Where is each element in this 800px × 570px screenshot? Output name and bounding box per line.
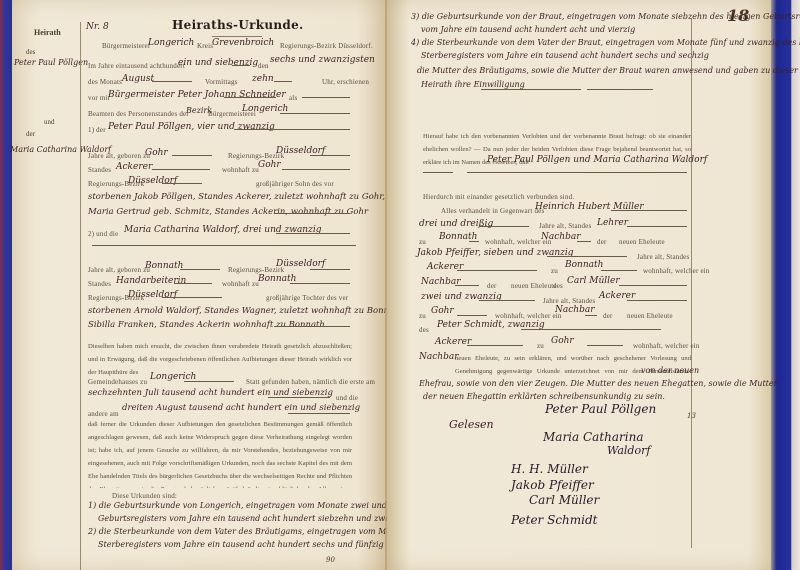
witness-4-stand: Ackerer <box>435 337 471 347</box>
und-die-label: und die <box>336 394 358 402</box>
margin-groom-name: Peter Paul Pöllgen <box>14 58 88 67</box>
intro-hour-hand: zehn <box>252 74 274 84</box>
document-2-line2: Sterberegisters vom Jahre ein tausend ac… <box>98 540 384 549</box>
bride-intro-label: 2) und die <box>88 230 118 238</box>
page-footnote-number: 90 <box>326 556 335 564</box>
witness-1-zu-label: zu <box>419 238 426 246</box>
bride-tochter-label: großjährige Tochter des ver <box>266 294 348 302</box>
groom-regbez2-value: Düsseldorf <box>128 176 177 186</box>
bride-wohnhaft-label: wohnhaft zu <box>222 280 259 288</box>
fill-line <box>627 300 687 301</box>
document-3-line2: vom Jahre ein tausend acht hundert acht … <box>421 25 635 34</box>
fill-line <box>162 183 202 184</box>
margin-divider <box>80 22 81 570</box>
bride-birthplace: Bonnath <box>145 261 183 271</box>
intro-line1-print: Im Jahre eintausend achthundert <box>88 62 185 70</box>
witness-1-eheleute-label: neuen Eheleute <box>619 238 665 246</box>
signature-witness-1: H. H. Müller <box>511 462 588 476</box>
witness-2-jahre-label: Jahre alt, Standes <box>637 253 689 261</box>
fill-line <box>467 345 523 346</box>
documents-label: Diese Urkunden sind: <box>112 492 177 500</box>
margin-heading: Heirath <box>34 28 61 37</box>
intro-als: als <box>289 94 297 102</box>
second-banns-date: dreiten August tausend acht hundert ein … <box>122 403 360 413</box>
intro-month-hand: August <box>122 74 154 84</box>
fill-line <box>224 97 276 98</box>
groom-sohn-label: großjähriger Sohn des vor <box>256 180 334 188</box>
fill-line <box>611 210 687 211</box>
intro-der: 1) der <box>88 126 106 134</box>
fill-line <box>457 315 487 316</box>
gelesen-note: Gelesen <box>449 418 494 431</box>
witness-4-des-label: des <box>419 326 429 334</box>
intro-uhr: Uhr, erschienen <box>322 78 369 86</box>
document-4-line2: Sterberegisters vom Jahre ein tausend ac… <box>421 51 709 60</box>
fill-line <box>276 233 350 234</box>
witness-1-relation: Nachbar <box>541 232 581 242</box>
fill-line <box>174 283 212 284</box>
witness-1-age: drei und dreißig <box>419 219 493 229</box>
fill-line <box>152 169 210 170</box>
signature-witness-2: Jakob Pfeiffer <box>511 478 594 492</box>
signature-witness-4: Peter Schmidt <box>511 513 598 527</box>
fill-line <box>184 381 234 382</box>
left-page: Heirath des Peter Paul Pöllgen und der M… <box>12 0 387 570</box>
witness-4-place: Gohr <box>551 336 574 346</box>
right-margin-rule <box>691 18 692 548</box>
mayoralty-value: Longerich <box>148 38 194 48</box>
fill-line <box>302 97 350 98</box>
fill-line <box>180 269 220 270</box>
groom-wohnhaft-value: Gohr <box>258 160 281 170</box>
fill-line <box>172 155 212 156</box>
document-4-line1: 4) die Sterbeurkunde von dem Vater der B… <box>411 38 800 47</box>
groom-parents-line2: Maria Gertrud geb. Schmitz, Standes Acke… <box>88 207 368 217</box>
statement-paragraph-2: daß ferner die Urkunden dieser Aufbietun… <box>88 418 352 488</box>
bride-parents-line2: Sibilla Franken, Standes Ackerin wohnhaf… <box>88 320 325 330</box>
fill-line <box>469 241 479 242</box>
document-1-line2: Geburtsregisters vom Jahre ein tausend a… <box>98 514 407 523</box>
fill-line <box>619 285 687 286</box>
signature-bride-last: Waldorf <box>607 444 650 457</box>
fill-line <box>457 270 537 271</box>
fill-line <box>310 155 350 156</box>
kreis-value: Grevenbroich <box>212 38 274 48</box>
witness-4-zu-label: zu <box>537 342 544 350</box>
margin-des-label: des <box>26 48 35 56</box>
witnesses-intro: Hierdurch mit einander gesetzlich verbun… <box>423 193 574 201</box>
groom-wohnhaft-label: wohnhaft zu <box>222 166 259 174</box>
fill-line <box>479 300 535 301</box>
margin-der-label: der <box>26 130 35 138</box>
witness-3-wohnhaft-label: wohnhaft, welcher ein <box>495 312 562 320</box>
document-5-line2: Heirath ihre Einwilligung <box>421 80 525 89</box>
signature-bride-first: Maria Catharina <box>543 430 643 444</box>
kreis-label: Kreis <box>197 42 213 50</box>
fill-line <box>268 397 330 398</box>
intro-den: den <box>258 62 269 70</box>
fill-line <box>479 226 529 227</box>
fill-line <box>274 81 292 82</box>
intro-groom-hand: Peter Paul Pöllgen, vier und zwanzig <box>108 122 275 132</box>
book-binding-right <box>770 0 800 570</box>
fill-line <box>601 270 637 271</box>
small-mark: 13 <box>687 412 696 420</box>
witness-2-place: Bonnath <box>565 260 603 270</box>
right-page: 18 3) die Geburtsurkunde von der Braut, … <box>387 0 771 570</box>
fill-line <box>547 256 627 257</box>
record-number-label: Nr. 8 <box>86 22 109 32</box>
fill-line <box>282 169 350 170</box>
bride-regbez2-value: Düsseldorf <box>128 290 177 300</box>
fill-line <box>310 269 350 270</box>
document-5-line1: die Mutter des Bräutigams, sowie die Mut… <box>417 66 798 75</box>
fill-line <box>274 213 350 214</box>
signature-groom: Peter Paul Pöllgen <box>545 402 656 416</box>
witness-3-des-label: des <box>553 282 563 290</box>
groom-stand-value: Ackerer <box>116 162 152 172</box>
fill-line <box>288 413 350 414</box>
intro-official-hand: Bürgermeister Peter Johann Schneider <box>108 90 286 100</box>
intro-day-hand: sechs und zwanzigsten <box>270 55 375 65</box>
groom-age-label: Jahre alt, geboren zu <box>88 152 150 160</box>
groom-stand-label: Standes <box>88 166 111 174</box>
bride-age-label: Jahre alt, geboren zu <box>88 266 150 274</box>
witness-3-der-label: der <box>603 312 613 320</box>
bride-regbez-value: Düsseldorf <box>276 259 325 269</box>
statement-paragraph-1: Dieselben haben mich ersucht, die zwisch… <box>88 340 352 379</box>
district-label: Regierungs-Bezirk Düsseldorf. <box>280 42 373 50</box>
witness-4-wohnhaft-label: wohnhaft, welcher ein <box>633 342 700 350</box>
document-title: Heiraths-Urkunde. <box>172 18 304 32</box>
bride-stand-value: Handarbeiterin <box>116 276 186 286</box>
fill-line <box>521 329 661 330</box>
closing-hand-3: der neuen Ehegattin erklärten schreibens… <box>423 392 665 401</box>
closing-hand-2: Ehefrau, sowie von den vier Zeugen. Die … <box>419 379 777 388</box>
fill-line <box>234 129 350 130</box>
intro-vor-mir: vor mir <box>88 94 110 102</box>
mayoralty-label: Bürgermeisterei <box>102 42 150 50</box>
section-divider <box>92 245 356 246</box>
witness-1-stand: Lehrer <box>597 218 628 228</box>
fill-line <box>162 297 222 298</box>
fill-line <box>627 226 687 227</box>
margin-und-label: und <box>44 118 55 126</box>
groom-birthplace: Gohr <box>145 148 168 158</box>
gemeindehaus-label: Gemeindehauses zu <box>88 378 147 386</box>
witness-2-eheleute-label: neuen Eheleute <box>511 282 557 290</box>
witness-3-name: Carl Müller <box>567 276 620 286</box>
fill-line <box>455 285 479 286</box>
intro-year-hand: ein und siebenzig <box>178 58 258 68</box>
stattgefunden-text: Statt gefunden haben, nämlich die erste … <box>246 378 375 386</box>
intro-beamten: Beamten des Personenstandes der <box>88 110 189 118</box>
fill-line <box>577 241 591 242</box>
fill-line <box>587 345 623 346</box>
witnesses-intro-2: Alles verhandelt in Gegenwart des <box>441 207 544 215</box>
witness-1-jahre-label: Jahre alt, Standes <box>539 222 591 230</box>
fill-line <box>481 89 581 90</box>
witness-3-eheleute-label: neuen Eheleute <box>627 312 673 320</box>
fill-line <box>423 172 453 173</box>
witness-3-zu-label: zu <box>419 312 426 320</box>
witness-2-wohnhaft-label: wohnhaft, welcher ein <box>643 267 710 275</box>
fill-line <box>152 81 192 82</box>
intro-vormittags: Vormittags <box>205 78 238 86</box>
witness-3-jahre-label: Jahre alt, Standes <box>543 297 595 305</box>
fill-line <box>467 172 687 173</box>
fill-line <box>290 283 350 284</box>
fill-line <box>585 315 597 316</box>
intro-month-label: des Monats <box>88 78 122 86</box>
witness-3-relation: Nachbar <box>555 305 595 315</box>
bride-stand-label: Standes <box>88 280 111 288</box>
witness-4-relation: Nachbar <box>419 352 459 362</box>
fill-line <box>587 89 653 90</box>
fill-line <box>232 65 250 66</box>
signature-witness-3: Carl Müller <box>529 493 599 507</box>
fill-line <box>274 326 350 327</box>
witness-1-der-label: der <box>597 238 607 246</box>
witness-3-place: Gohr <box>431 306 454 316</box>
witness-2-zu-label: zu <box>551 267 558 275</box>
title-underline <box>212 36 262 37</box>
andere-label: andere am <box>88 410 119 418</box>
declaration-couple-names: Peter Paul Pöllgen und Maria Catharina W… <box>487 155 707 165</box>
witness-2-der-label: der <box>487 282 497 290</box>
document-3-line1: 3) die Geburtsurkunde von der Braut, ein… <box>411 12 800 21</box>
closing-hand-1: von der neuen <box>641 366 699 375</box>
fill-line <box>280 113 350 114</box>
